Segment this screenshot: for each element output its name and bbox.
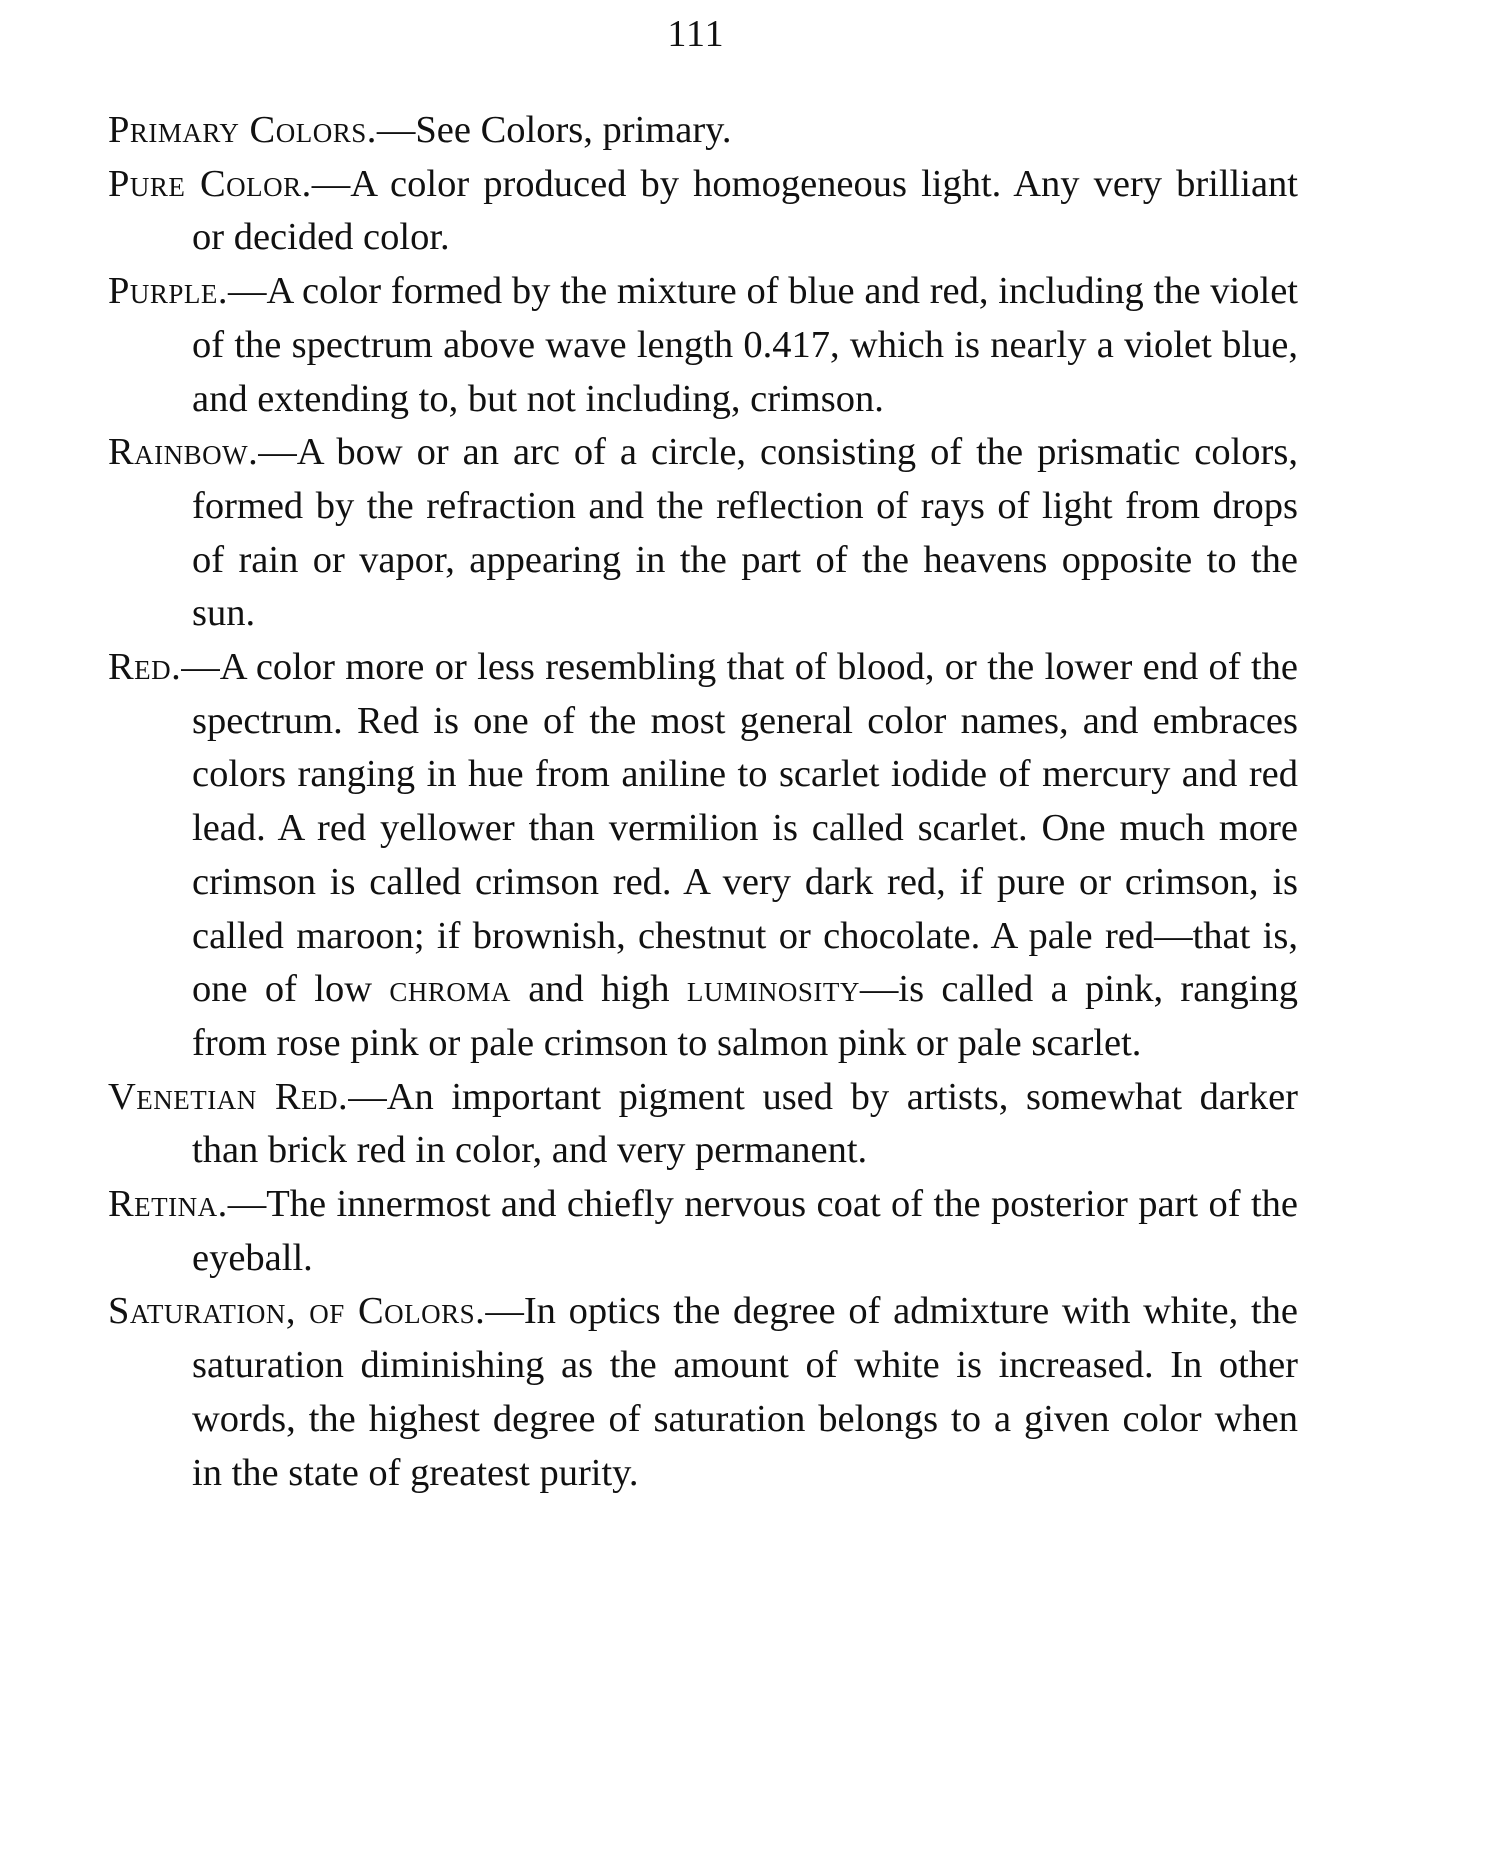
entry-venetian-red: Venetian Red.—An important pigment used … [108, 1071, 1298, 1178]
entry-definition: The innermost and chiefly nervous coat o… [192, 1183, 1298, 1279]
em-dash: — [228, 1183, 267, 1225]
em-dash: — [181, 646, 220, 688]
entry-pure-color: Pure Color.—A color produced by homogene… [108, 158, 1298, 265]
entry-term: Retina. [108, 1183, 228, 1225]
entry-saturation-of-colors: Saturation, of Colors.—In optics the deg… [108, 1285, 1298, 1500]
em-dash: — [312, 163, 351, 205]
entry-purple: Purple.—A color formed by the mixture of… [108, 265, 1298, 426]
entry-term: Rainbow. [108, 431, 258, 473]
cross-reference-luminosity: luminosity [687, 968, 860, 1010]
entry-definition: A bow or an arc of a circle, consisting … [192, 431, 1298, 634]
entry-definition: A color produced by homogeneous light. A… [192, 163, 1298, 259]
entry-retina: Retina.—The innermost and chiefly nervou… [108, 1178, 1298, 1285]
entry-term: Red. [108, 646, 181, 688]
entry-term: Pure Color. [108, 163, 312, 205]
entry-term: Saturation, of Colors. [108, 1290, 485, 1332]
em-dash: — [258, 431, 297, 473]
cross-reference-chroma: chroma [389, 968, 511, 1010]
em-dash: — [377, 109, 416, 151]
entry-term: Purple. [108, 270, 228, 312]
entry-red: Red.—A color more or less resembling tha… [108, 641, 1298, 1071]
entry-definition: A color formed by the mixture of blue an… [192, 270, 1298, 419]
entry-rainbow: Rainbow.—A bow or an arc of a circle, co… [108, 426, 1298, 641]
em-dash: — [485, 1290, 524, 1332]
entry-definition: See Colors, primary. [415, 109, 731, 151]
entry-definition: and high [511, 968, 687, 1010]
page-number: 111 [0, 12, 1392, 56]
entry-term: Venetian Red. [108, 1076, 348, 1118]
em-dash: — [228, 270, 267, 312]
glossary-entries: Primary Colors.—See Colors, primary. Pur… [108, 104, 1298, 1500]
em-dash: — [348, 1076, 387, 1118]
entry-definition: A color more or less resembling that of … [192, 646, 1298, 1010]
entry-term: Primary Colors. [108, 109, 377, 151]
entry-primary-colors: Primary Colors.—See Colors, primary. [108, 104, 1298, 158]
